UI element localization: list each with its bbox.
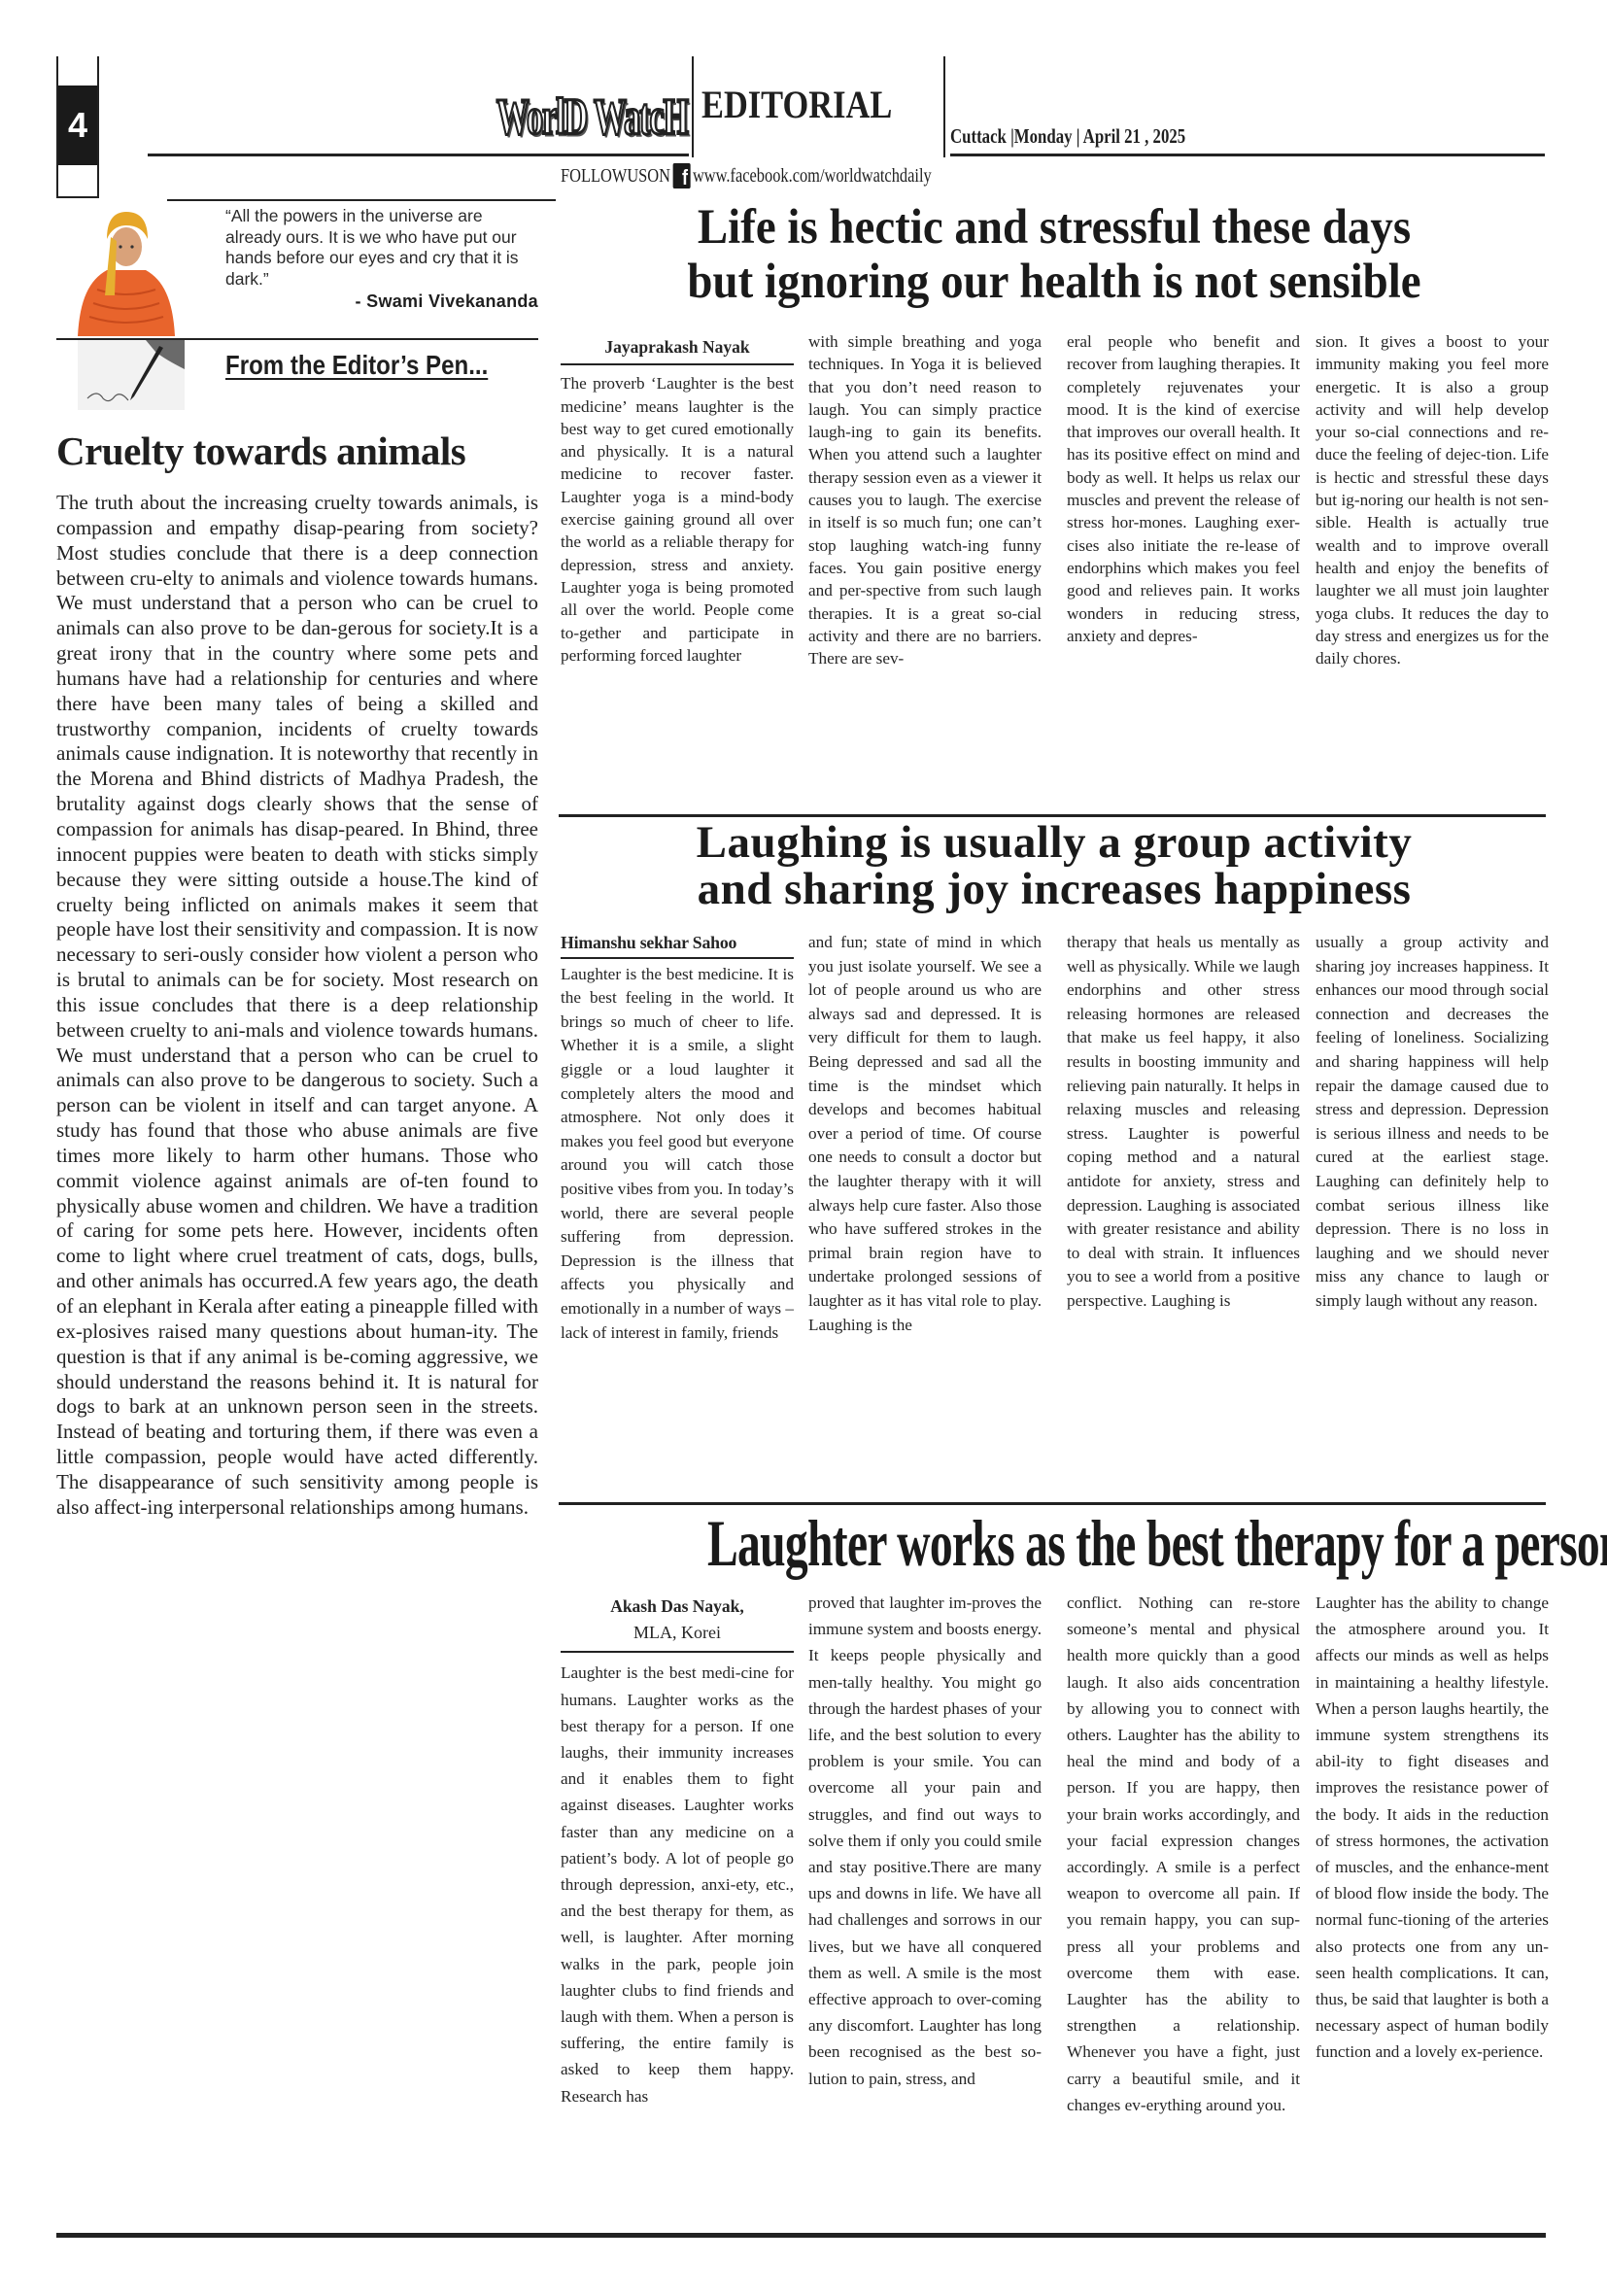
article-2-headline-line-2: and sharing joy increases happiness <box>559 866 1550 912</box>
article-2-headline: Laughing is usually a group activity and… <box>559 819 1550 912</box>
article-3-headline: Laughter works as the best therapy for a… <box>707 1508 1401 1578</box>
article-1-column-4: sion. It gives a boost to your immunity … <box>1316 330 1549 669</box>
frame-page-num-border <box>97 56 99 198</box>
quote-top-rule <box>167 199 556 201</box>
section-title: EDITORIAL <box>701 82 892 127</box>
facebook-link[interactable]: www.facebook.com/worldwatchdaily <box>693 165 932 188</box>
article-1-headline-line-2: but ignoring our health is not sensible <box>598 255 1510 309</box>
masthead-divider-2 <box>943 56 945 157</box>
facebook-icon[interactable]: f <box>672 163 690 188</box>
masthead-underline-left <box>148 154 689 156</box>
page-bottom-rule <box>56 2233 1546 2238</box>
article-2-column-2: and fun; state of mind in which you just… <box>808 931 1042 1337</box>
article-2-byline: Himanshu sekhar Sahoo <box>561 931 794 959</box>
article-2-bottom-rule <box>559 1502 1546 1505</box>
article-3-column-4: Laughter has the ability to change the a… <box>1316 1590 1549 2066</box>
frame-bottom-border <box>56 196 99 198</box>
article-3-column-3: conflict. Nothing can re-store someone’s… <box>1067 1590 1300 2118</box>
article-3-column-2: proved that laughter im-proves the immun… <box>808 1590 1042 2092</box>
article-1-headline-line-1: Life is hectic and stressful these days <box>598 200 1510 255</box>
article-3-author-title: MLA, Korei <box>561 1620 794 1646</box>
dateline: Cuttack |Monday | April 21 , 2025 <box>950 124 1185 149</box>
article-1-headline: Life is hectic and stressful these days … <box>598 200 1510 309</box>
article-2-column-4: usually a group activity and sharing joy… <box>1316 931 1549 1314</box>
quote-text: “All the powers in the universe are alre… <box>225 206 538 290</box>
masthead-divider-1 <box>692 56 694 157</box>
follow-us-bar[interactable]: FOLLOWUSON f www.facebook.com/worldwatch… <box>561 163 932 188</box>
article-3-author: Akash Das Nayak, <box>610 1596 744 1616</box>
page-number: 4 <box>58 86 97 165</box>
quote-author: - Swami Vivekananda <box>225 291 538 312</box>
fountain-pen-icon <box>78 340 185 410</box>
article-2-column-1: Himanshu sekhar Sahoo Laughter is the be… <box>561 931 794 1345</box>
follow-us-label: FOLLOWUSON <box>561 165 670 188</box>
article-1-column-2: with simple breathing and yoga technique… <box>808 330 1042 669</box>
article-3-column-1: Akash Das Nayak, MLA, Korei Laughter is … <box>561 1593 794 2109</box>
article-2-column-3: therapy that heals us mentally as well a… <box>1067 931 1300 1314</box>
article-1-byline: Jayaprakash Nayak <box>561 336 794 365</box>
article-2-text-1: Laughter is the best medicine. It is the… <box>561 963 794 1346</box>
world-watch-logo: WorlD WatcH <box>505 58 688 179</box>
editorial-body: The truth about the increasing cruelty t… <box>56 491 538 1521</box>
editorial-title: Cruelty towards animals <box>56 428 465 474</box>
article-2-headline-line-1: Laughing is usually a group activity <box>559 819 1550 866</box>
article-1-text-1: The proverb ‘Laughter is the best medici… <box>561 372 794 667</box>
editors-pen-heading: From the Editor’s Pen... <box>225 350 488 381</box>
article-1-column-3: eral people who benefit and recover from… <box>1067 330 1300 647</box>
swami-vivekananda-portrait <box>68 202 185 336</box>
article-3-byline: Akash Das Nayak, MLA, Korei <box>561 1593 794 1653</box>
article-3-text-1: Laughter is the best medi-cine for human… <box>561 1660 794 2108</box>
article-1-column-1: Jayaprakash Nayak The proverb ‘Laughter … <box>561 336 794 667</box>
masthead-underline-right <box>950 154 1545 156</box>
